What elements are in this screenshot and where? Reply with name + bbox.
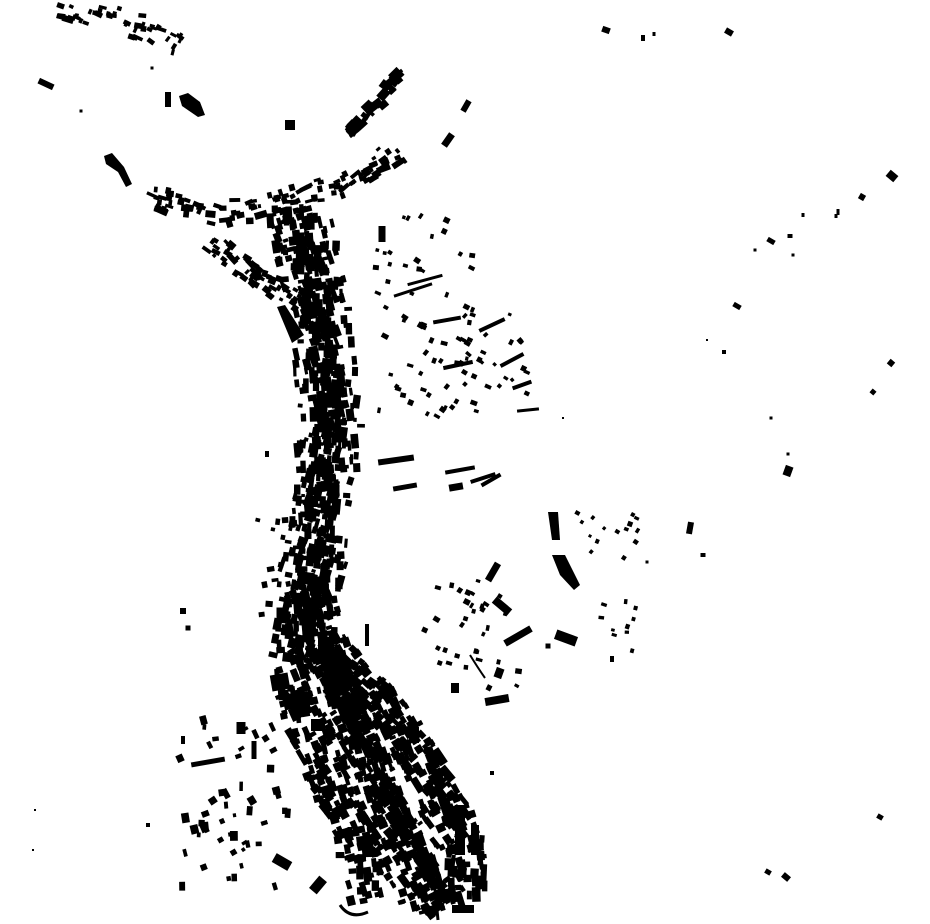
building xyxy=(280,535,285,541)
building xyxy=(224,802,228,809)
building xyxy=(165,36,171,43)
building xyxy=(422,349,429,356)
building xyxy=(332,240,340,250)
building xyxy=(474,409,480,414)
building xyxy=(181,736,185,744)
building xyxy=(418,213,424,219)
building xyxy=(247,795,258,806)
building xyxy=(449,582,454,588)
building xyxy=(298,403,303,407)
building xyxy=(630,648,635,653)
building xyxy=(315,459,321,470)
building xyxy=(456,587,463,594)
building xyxy=(351,356,357,365)
building xyxy=(238,745,245,751)
building xyxy=(269,746,277,754)
building xyxy=(270,527,275,532)
building xyxy=(588,534,592,538)
building xyxy=(292,348,300,362)
building xyxy=(384,148,392,156)
building xyxy=(317,216,323,228)
building xyxy=(283,238,289,243)
building xyxy=(470,399,478,406)
building xyxy=(279,297,284,302)
building xyxy=(146,823,150,827)
building xyxy=(452,872,456,878)
building xyxy=(428,337,434,344)
building xyxy=(437,660,443,666)
building xyxy=(377,407,381,413)
building xyxy=(304,231,309,235)
building xyxy=(458,251,464,257)
building xyxy=(470,307,475,313)
building xyxy=(56,2,65,9)
building xyxy=(348,827,353,836)
building xyxy=(293,545,300,549)
building xyxy=(275,627,283,632)
building xyxy=(766,237,775,245)
building xyxy=(781,872,791,882)
building xyxy=(453,398,459,404)
building xyxy=(770,417,773,420)
building xyxy=(318,313,323,322)
building xyxy=(317,198,324,202)
building xyxy=(314,268,319,276)
building xyxy=(418,371,423,377)
building xyxy=(426,392,432,398)
building xyxy=(245,840,251,848)
building xyxy=(154,187,158,193)
building xyxy=(344,307,352,311)
building xyxy=(484,694,509,706)
building xyxy=(508,339,514,346)
building xyxy=(179,93,205,117)
building xyxy=(246,806,252,816)
building xyxy=(421,627,428,634)
building xyxy=(190,824,200,835)
building xyxy=(268,722,276,732)
building xyxy=(401,314,409,321)
building xyxy=(329,218,335,228)
building xyxy=(308,216,316,223)
building xyxy=(166,190,174,197)
building xyxy=(329,709,337,716)
building xyxy=(451,683,459,693)
building xyxy=(284,601,292,608)
building xyxy=(260,820,268,826)
building xyxy=(235,753,242,759)
building xyxy=(452,905,474,913)
building xyxy=(303,237,310,243)
building xyxy=(267,566,275,572)
building xyxy=(413,256,421,264)
building xyxy=(546,644,551,649)
building xyxy=(706,339,708,341)
building xyxy=(732,302,741,310)
building xyxy=(480,350,487,356)
building xyxy=(293,621,298,632)
building xyxy=(170,32,177,38)
building xyxy=(398,888,408,898)
building xyxy=(246,217,254,224)
building xyxy=(104,153,132,187)
building xyxy=(140,26,146,32)
building xyxy=(403,263,409,268)
building xyxy=(362,867,372,883)
building xyxy=(324,631,330,636)
building xyxy=(601,602,608,607)
building xyxy=(441,228,448,235)
building xyxy=(393,482,418,491)
building xyxy=(478,857,484,866)
building xyxy=(632,539,639,545)
building xyxy=(590,515,595,520)
building xyxy=(475,657,482,662)
building xyxy=(443,216,451,224)
building xyxy=(611,633,617,637)
building xyxy=(317,556,321,560)
building xyxy=(288,184,295,192)
building xyxy=(610,656,614,662)
building xyxy=(277,581,282,587)
building xyxy=(462,303,470,310)
building xyxy=(414,744,424,755)
building xyxy=(624,527,630,532)
building xyxy=(320,510,326,513)
building xyxy=(515,668,522,674)
building xyxy=(469,312,476,317)
building xyxy=(298,641,305,648)
building xyxy=(285,581,291,587)
building xyxy=(270,673,291,692)
building xyxy=(432,615,440,623)
building xyxy=(292,287,298,293)
building xyxy=(236,210,241,216)
building xyxy=(387,262,392,267)
building xyxy=(783,465,794,477)
building xyxy=(283,552,290,562)
building xyxy=(212,736,219,741)
building xyxy=(165,92,171,107)
building xyxy=(485,684,492,691)
building xyxy=(254,210,268,220)
building xyxy=(357,424,365,428)
building xyxy=(326,504,330,509)
building xyxy=(441,132,455,147)
building xyxy=(343,323,351,328)
building xyxy=(350,403,354,409)
building xyxy=(239,863,244,869)
building xyxy=(275,518,280,525)
building xyxy=(180,608,186,614)
building xyxy=(272,882,278,890)
building xyxy=(168,200,172,206)
building xyxy=(496,659,501,665)
building xyxy=(514,683,520,688)
building xyxy=(440,341,448,347)
building xyxy=(802,213,805,217)
building xyxy=(425,411,430,417)
building xyxy=(365,624,369,646)
building xyxy=(282,517,289,523)
building xyxy=(340,467,347,472)
building xyxy=(306,488,312,493)
building xyxy=(503,625,532,646)
building xyxy=(292,359,300,368)
building xyxy=(335,749,341,757)
building xyxy=(198,820,204,827)
building xyxy=(328,385,335,390)
building xyxy=(300,476,307,483)
building xyxy=(151,67,154,70)
building xyxy=(348,336,355,347)
building xyxy=(722,350,726,354)
building xyxy=(417,820,423,825)
building xyxy=(352,367,358,376)
building xyxy=(724,27,734,36)
building xyxy=(265,601,273,608)
building xyxy=(299,319,305,329)
building xyxy=(206,741,213,749)
building xyxy=(230,848,238,856)
building xyxy=(475,882,481,899)
building xyxy=(217,836,224,843)
building xyxy=(317,504,322,508)
building xyxy=(433,413,440,419)
building xyxy=(291,263,295,270)
building xyxy=(381,332,389,340)
building xyxy=(285,120,295,130)
building xyxy=(318,578,325,586)
building xyxy=(335,424,342,442)
building xyxy=(343,493,350,498)
building xyxy=(469,253,475,259)
building xyxy=(276,647,285,654)
building xyxy=(344,855,350,861)
building xyxy=(485,562,501,583)
building xyxy=(181,812,190,823)
building xyxy=(373,861,377,872)
building xyxy=(444,292,449,298)
building xyxy=(181,204,193,212)
building xyxy=(579,520,584,525)
building xyxy=(634,516,640,521)
building xyxy=(455,805,465,855)
building xyxy=(311,569,316,573)
building-footprints-layer xyxy=(0,0,930,924)
building xyxy=(886,170,899,183)
building xyxy=(327,558,331,563)
building xyxy=(376,146,382,151)
building xyxy=(463,616,469,622)
building xyxy=(34,809,36,811)
building xyxy=(835,214,838,218)
building xyxy=(295,749,306,764)
building xyxy=(255,518,260,523)
building xyxy=(183,211,189,218)
building xyxy=(387,250,393,256)
building xyxy=(512,380,532,391)
building xyxy=(310,514,317,521)
building xyxy=(589,549,594,554)
building xyxy=(611,628,615,632)
building xyxy=(170,49,174,56)
building xyxy=(764,868,772,875)
building xyxy=(342,418,346,426)
building xyxy=(574,510,580,516)
building xyxy=(183,197,191,203)
building xyxy=(356,836,364,844)
building xyxy=(635,528,640,534)
building xyxy=(339,387,347,394)
building xyxy=(237,722,246,734)
building xyxy=(336,852,345,858)
building xyxy=(492,362,497,367)
building xyxy=(239,782,243,791)
building xyxy=(463,875,471,882)
building xyxy=(444,858,454,870)
building xyxy=(256,842,262,847)
building xyxy=(342,438,349,447)
building xyxy=(312,336,320,346)
building xyxy=(241,847,246,852)
building xyxy=(385,279,391,284)
building xyxy=(335,445,340,452)
building xyxy=(179,882,185,891)
building xyxy=(409,727,419,743)
building xyxy=(321,382,327,391)
building xyxy=(265,451,269,457)
building xyxy=(117,6,123,11)
building xyxy=(324,533,329,538)
building xyxy=(251,729,259,739)
building xyxy=(464,589,471,596)
building xyxy=(430,234,434,239)
building xyxy=(258,612,264,618)
building xyxy=(261,734,269,742)
building xyxy=(228,832,234,837)
building xyxy=(357,887,364,895)
building xyxy=(285,255,293,262)
building xyxy=(292,508,296,514)
building xyxy=(232,269,240,277)
building xyxy=(335,578,342,590)
building xyxy=(202,245,212,254)
building xyxy=(554,630,578,647)
building xyxy=(199,715,208,725)
building xyxy=(445,660,452,665)
building xyxy=(349,388,353,396)
building xyxy=(483,332,489,338)
building xyxy=(454,653,460,659)
building xyxy=(595,539,600,545)
building xyxy=(314,259,320,269)
building xyxy=(349,868,357,874)
building xyxy=(226,876,231,881)
building xyxy=(335,535,342,543)
building xyxy=(435,645,441,651)
building xyxy=(324,290,332,297)
building xyxy=(146,37,155,45)
building xyxy=(282,808,287,814)
building xyxy=(82,20,89,26)
building xyxy=(471,609,476,614)
building xyxy=(598,616,604,620)
building xyxy=(299,204,304,217)
building xyxy=(372,880,379,891)
building xyxy=(330,547,336,555)
building xyxy=(602,526,607,531)
building xyxy=(503,375,509,380)
building xyxy=(486,625,490,631)
building xyxy=(484,384,492,390)
building xyxy=(138,13,146,18)
building xyxy=(346,408,355,421)
building xyxy=(754,249,757,252)
building xyxy=(316,528,321,536)
building xyxy=(443,383,450,390)
building xyxy=(792,254,795,257)
building xyxy=(508,312,512,316)
building xyxy=(510,377,515,382)
building xyxy=(400,392,406,398)
building xyxy=(462,381,468,387)
building xyxy=(320,587,328,592)
building xyxy=(201,810,210,818)
building xyxy=(494,667,505,679)
building xyxy=(317,185,323,192)
building xyxy=(335,503,340,510)
building xyxy=(631,617,636,622)
building xyxy=(383,872,393,882)
building xyxy=(407,363,414,368)
building xyxy=(442,647,448,653)
building xyxy=(630,512,635,517)
building xyxy=(357,861,363,872)
building xyxy=(324,443,334,448)
building xyxy=(333,374,340,379)
building xyxy=(468,265,475,271)
building xyxy=(200,863,208,871)
building xyxy=(858,193,866,201)
building xyxy=(292,549,296,554)
building xyxy=(653,32,656,36)
figure-ground-map xyxy=(0,0,930,924)
building xyxy=(601,26,611,34)
building xyxy=(876,813,884,820)
building xyxy=(621,555,627,561)
building xyxy=(641,35,645,41)
building xyxy=(492,597,512,616)
building xyxy=(157,199,162,206)
building xyxy=(869,388,876,395)
building xyxy=(402,215,406,219)
building xyxy=(261,581,268,588)
building xyxy=(311,194,318,201)
building xyxy=(285,540,292,545)
building xyxy=(383,251,387,255)
building xyxy=(301,482,307,489)
building xyxy=(419,910,425,915)
building xyxy=(309,876,327,895)
building xyxy=(289,193,296,199)
building xyxy=(267,765,275,773)
building xyxy=(327,518,334,526)
building xyxy=(310,247,313,251)
building xyxy=(787,453,790,456)
building xyxy=(191,757,225,768)
building xyxy=(500,352,525,368)
